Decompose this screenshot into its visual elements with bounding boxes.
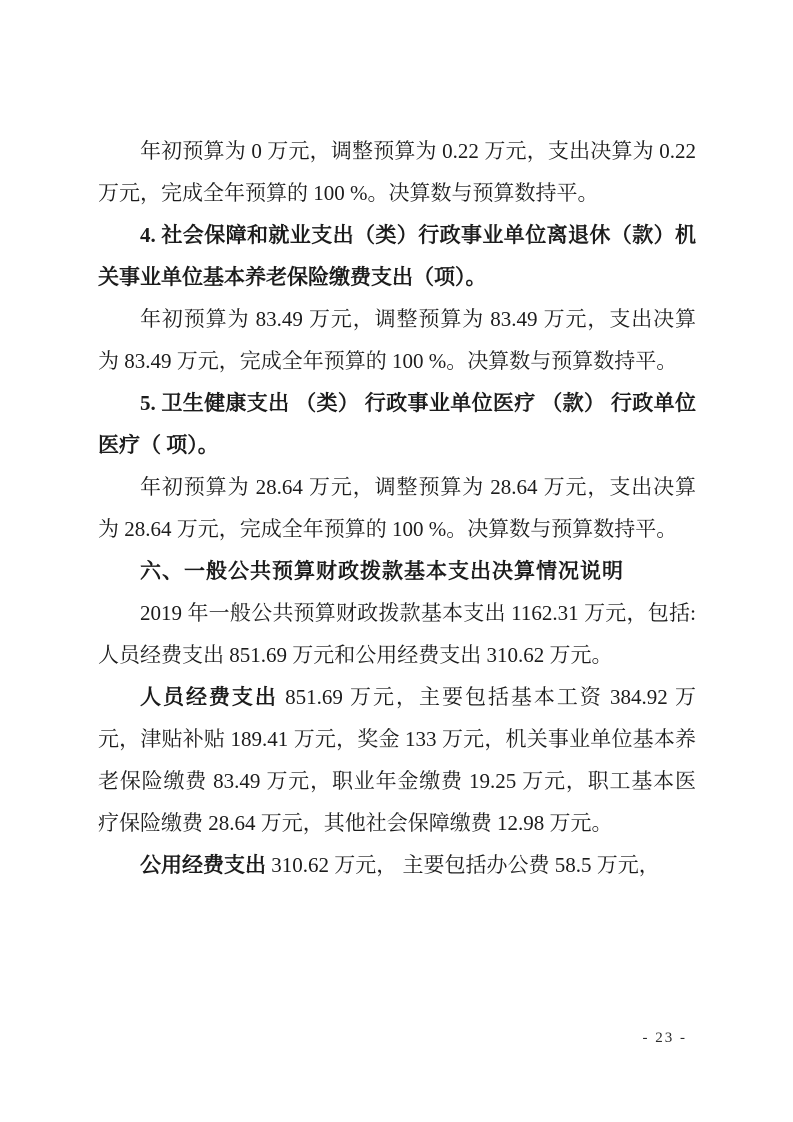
document-page: 年初预算为 0 万元，调整预算为 0.22 万元，支出决算为 0.22 万元，完… [0,0,793,1122]
paragraph-basic-expenditure: 2019 年一般公共预算财政拨款基本支出 1162.31 万元，包括: 人员经费… [98,592,696,676]
public-expense-detail: 310.62 万元， 主要包括办公费 58.5 万元， [266,853,660,877]
heading-section-6: 六、一般公共预算财政拨款基本支出决算情况说明 [98,550,696,592]
page-number: - 23 - [643,1030,688,1047]
heading-section-4: 4. 社会保障和就业支出（类）行政事业单位离退休（款）机关事业单位基本养老保险缴… [98,214,696,298]
personnel-expense-label: 人员经费支出 [140,685,278,709]
public-expense-label: 公用经费支出 [140,853,266,877]
paragraph-public-expense: 公用经费支出 310.62 万元， 主要包括办公费 58.5 万元， [98,844,696,886]
paragraph-budget-28-64: 年初预算为 28.64 万元，调整预算为 28.64 万元，支出决算为 28.6… [98,466,696,550]
document-body: 年初预算为 0 万元，调整预算为 0.22 万元，支出决算为 0.22 万元，完… [98,130,696,886]
paragraph-budget-0-22: 年初预算为 0 万元，调整预算为 0.22 万元，支出决算为 0.22 万元，完… [98,130,696,214]
paragraph-budget-83-49: 年初预算为 83.49 万元，调整预算为 83.49 万元，支出决算为 83.4… [98,298,696,382]
paragraph-personnel-expense: 人员经费支出 851.69 万元，主要包括基本工资 384.92 万元，津贴补贴… [98,676,696,844]
heading-section-5: 5. 卫生健康支出 （类） 行政事业单位医疗 （款） 行政单位医疗（ 项）。 [98,382,696,466]
